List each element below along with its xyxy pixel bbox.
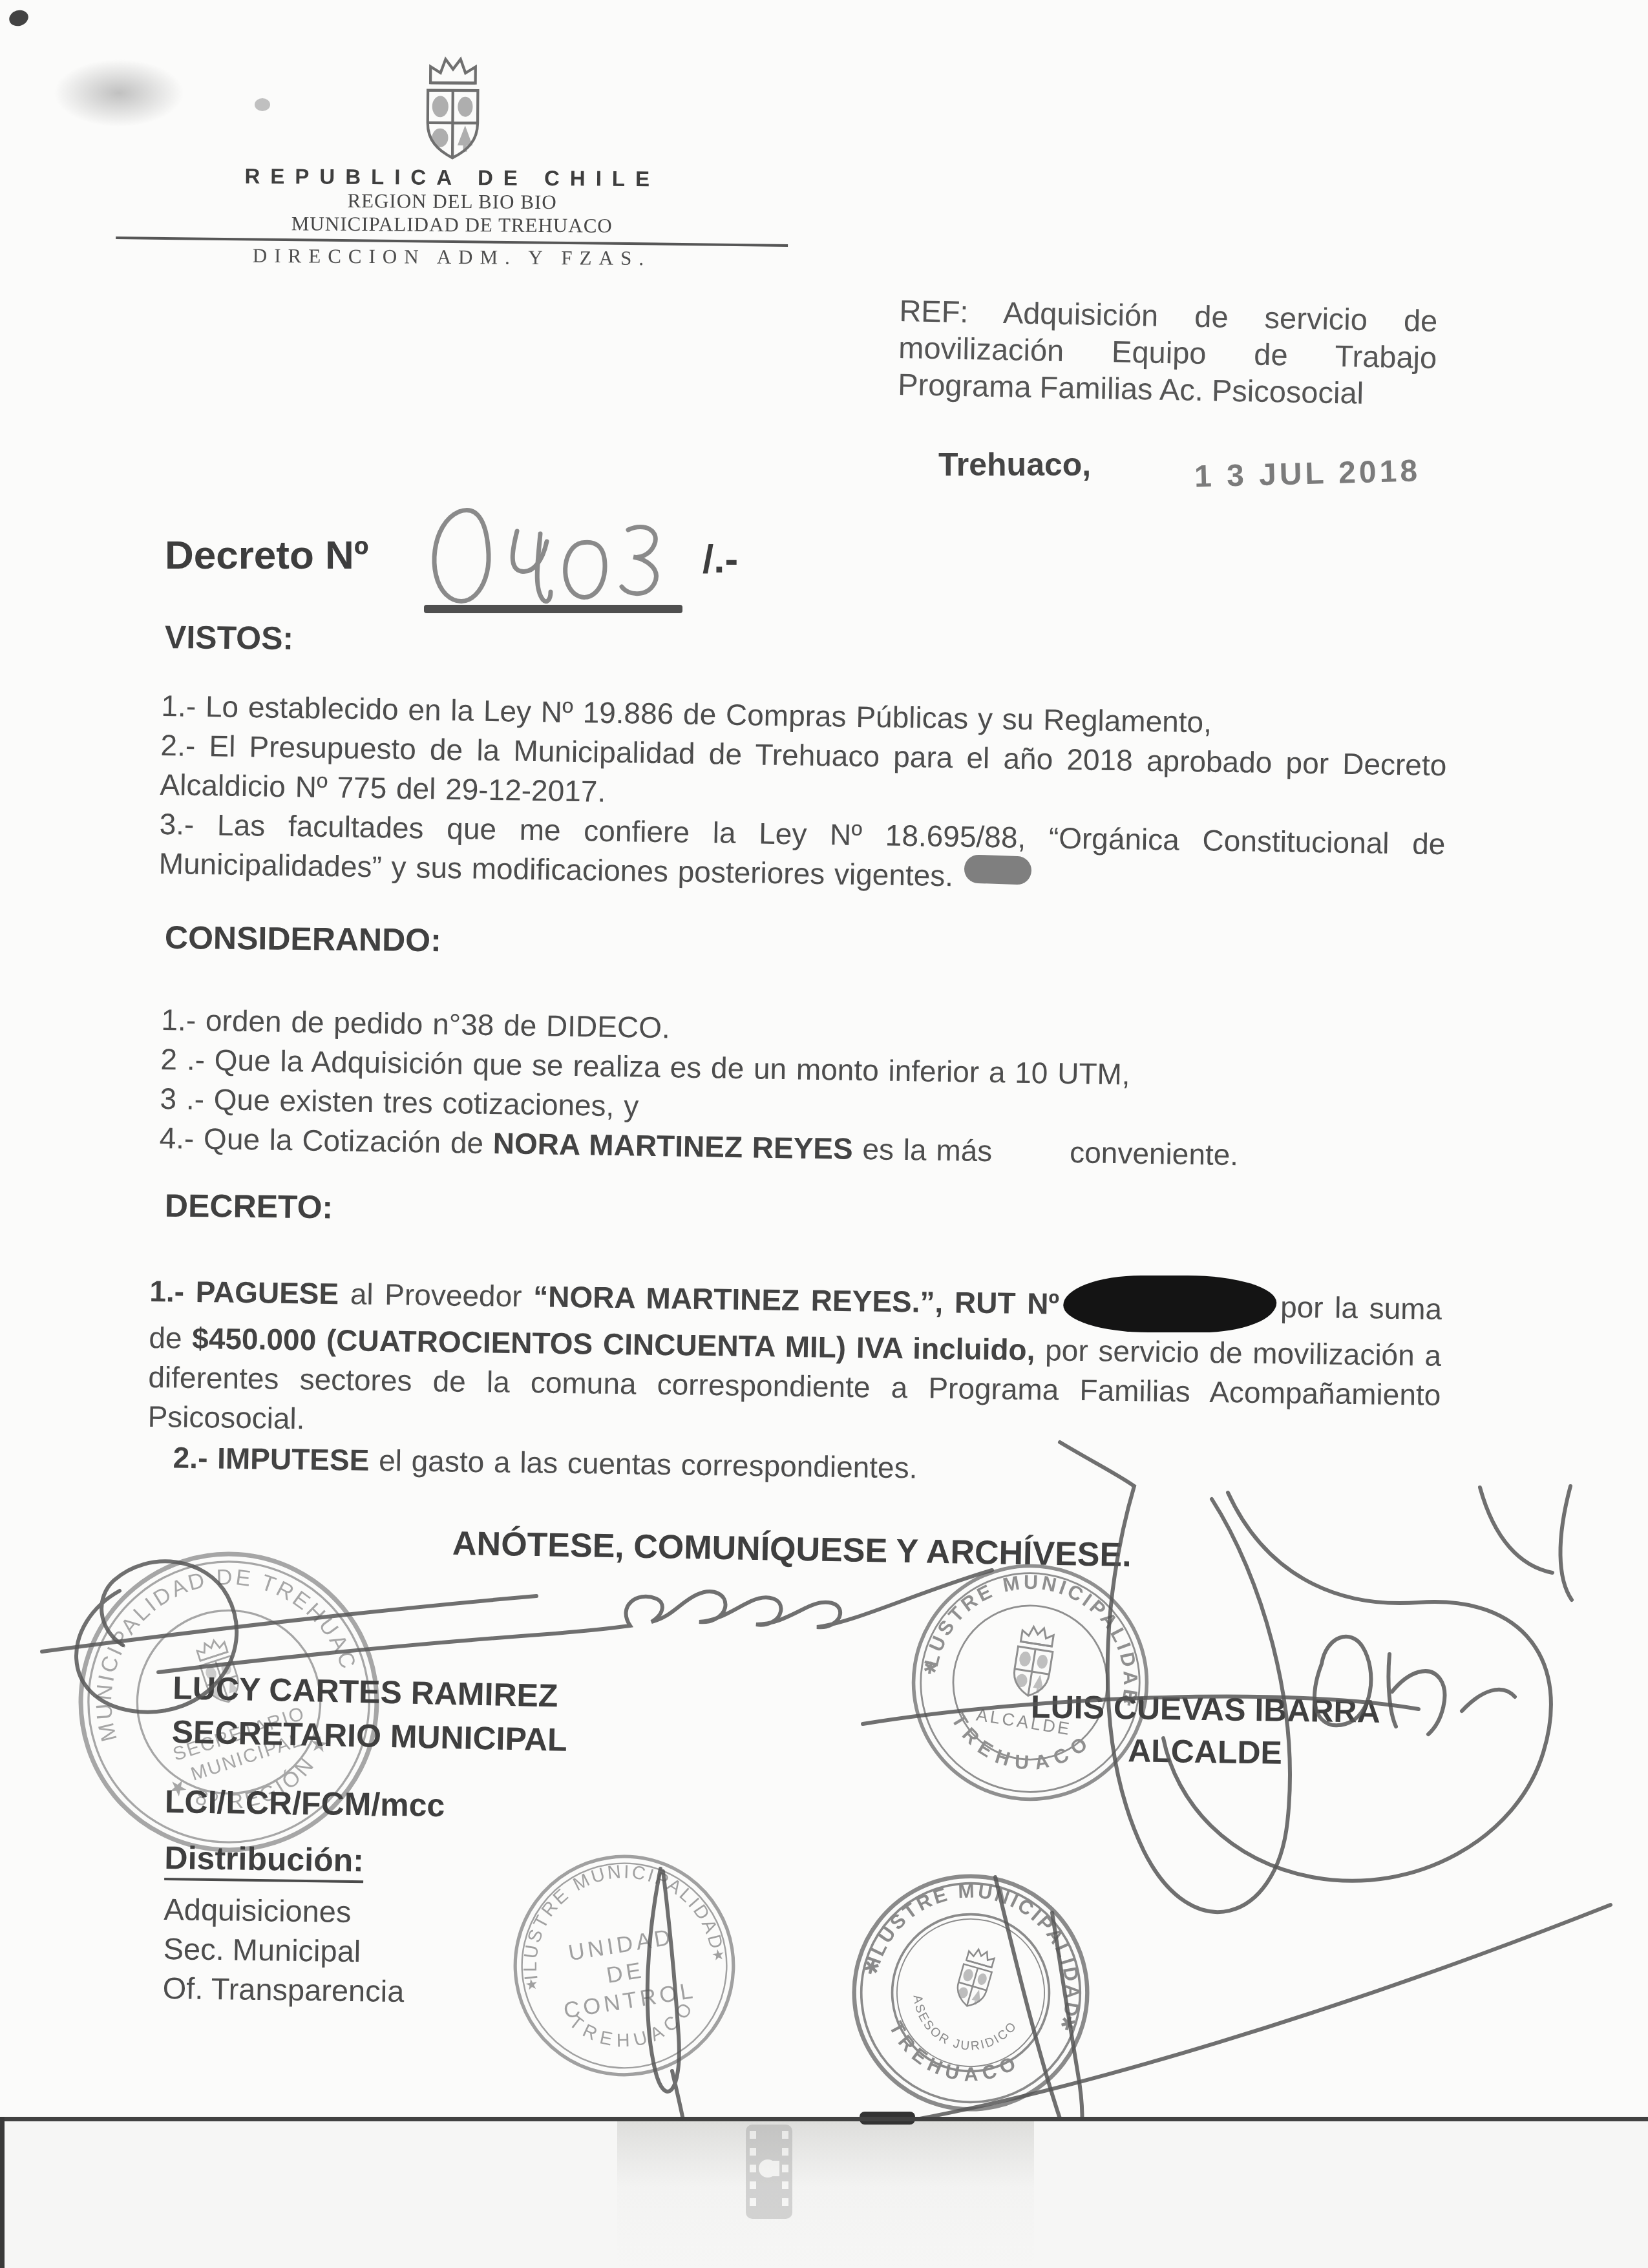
juridico-stamp-coat-icon (953, 1946, 997, 2010)
rut-redaction (1063, 1276, 1276, 1332)
date-stamp: 1 3 JUL 2018 (1194, 453, 1421, 494)
distribution-block: Distribución: Adquisiciones Sec. Municip… (162, 1839, 406, 2011)
juridico-stamp: ILUSTRE MUNICIPALIDAD ASESOR JURIDICO TR… (823, 1845, 1117, 2139)
alcalde-name: LUIS CUEVAS IBARRA (998, 1685, 1413, 1734)
distribution-title: Distribución: (164, 1839, 364, 1883)
vistos-list: 1.- Lo establecido en la Ley Nº 19.886 d… (158, 686, 1448, 903)
scanner-strip (617, 2121, 1034, 2268)
considerando-list: 1.- orden de pedido n°38 de DIDECO. 2 .-… (159, 1000, 1448, 1178)
control-stamp: ILUSTRE MUNICIPALIDAD TREHUACO ★ ★ UNIDA… (496, 1837, 753, 2094)
distribution-list: Adquisiciones Sec. Municipal Of. Transpa… (162, 1889, 405, 2011)
page-edge-line (0, 2117, 1648, 2121)
right-signature-block: LUIS CUEVAS IBARRA ALCALDE (998, 1685, 1413, 1776)
provider-name: NORA MARTINEZ REYES (492, 1126, 853, 1166)
page-edge-left (0, 2117, 5, 2268)
distribution-item: Sec. Municipal (163, 1929, 405, 1971)
decreto-paragraph-1: 1.- PAGUESE al Proveedor “NORA MARTINEZ … (147, 1261, 1442, 1454)
film-strip-watermark-icon (737, 2123, 801, 2220)
left-signature-block: LUCY CARTES RAMIREZ SECRETARIO MUNICIPAL (171, 1666, 569, 1762)
control-stamp-star-left: ★ (524, 1975, 540, 1993)
decree-label: Decreto Nº (165, 532, 369, 578)
considerando-title: CONSIDERANDO: (165, 919, 441, 959)
letterhead: REPUBLICA DE CHILE REGION DEL BIO BIO MU… (116, 50, 789, 272)
alcalde-title: ALCALDE (998, 1728, 1412, 1776)
reference-block: REF: Adquisición de servicio de moviliza… (898, 292, 1438, 413)
municipality-line: MUNICIPALIDAD DE TREHUACO (116, 211, 788, 238)
scanned-decree-page: REPUBLICA DE CHILE REGION DEL BIO BIO MU… (0, 0, 1648, 2268)
place-line: Trehuaco, (938, 446, 1091, 483)
decreto-title: DECRETO: (165, 1187, 333, 1226)
ink-smudge (964, 854, 1031, 885)
coat-of-arms-icon (412, 53, 493, 163)
decree-suffix: /.- (703, 536, 738, 582)
scan-smudge-dark (7, 8, 30, 28)
secretary-name: LUCY CARTES RAMIREZ (173, 1666, 569, 1718)
document-initials: LCI/LCR/FCM/mcc (165, 1783, 445, 1824)
handwritten-decree-number (420, 491, 698, 627)
distribution-item: Of. Transparencia (162, 1968, 404, 2011)
decreto-paragraph-1-wrap: 1.- PAGUESE al Proveedor “NORA MARTINEZ … (147, 1261, 1442, 1495)
distribution-item: Adquisiciones (164, 1889, 405, 1932)
alcalde-stamp-star-left: ✱ (922, 1657, 938, 1679)
reference-text: REF: Adquisición de servicio de moviliza… (898, 292, 1438, 413)
control-stamp-line-2: DE (605, 1957, 646, 1988)
direction-line: DIRECCION ADM. Y FZAS. (116, 242, 788, 272)
control-stamp-star-right: ★ (710, 1946, 726, 1964)
vistos-title: VISTOS: (165, 618, 294, 657)
control-stamp-line-1: UNIDAD (567, 1924, 676, 1966)
alcalde-stamp: ILUSTRE MUNICIPALIDAD TREHUACO ✱ ✱ ALCAL… (893, 1545, 1168, 1820)
secretary-title: SECRETARIO MUNICIPAL (171, 1710, 567, 1762)
text-gap (992, 1161, 1070, 1162)
decree-number-underline (424, 605, 682, 613)
